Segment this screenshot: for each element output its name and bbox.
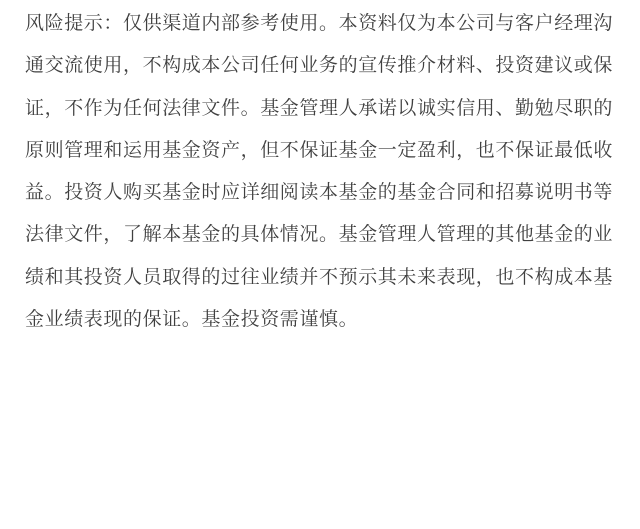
disclaimer-line-6: 法律文件，了解本基金的具体情况。基金管理人管理的其他基金的业 xyxy=(25,214,617,256)
disclaimer-line-3: 证，不作为任何法律文件。基金管理人承诺以诚实信用、勤勉尽职的 xyxy=(25,88,617,130)
disclaimer-line-5: 益。投资人购买基金时应详细阅读本基金的基金合同和招募说明书等 xyxy=(25,172,617,214)
risk-disclaimer-text-block: 风险提示：仅供渠道内部参考使用。本资料仅为本公司与客户经理沟 通交流使用，不构成… xyxy=(25,3,617,341)
disclaimer-line-2: 通交流使用，不构成本公司任何业务的宣传推介材料、投资建议或保 xyxy=(25,45,617,87)
disclaimer-line-7: 绩和其投资人员取得的过往业绩并不预示其未来表现，也不构成本基 xyxy=(25,257,617,299)
disclaimer-line-4: 原则管理和运用基金资产，但不保证基金一定盈利，也不保证最低收 xyxy=(25,130,617,172)
risk-disclaimer-page: 风险提示：仅供渠道内部参考使用。本资料仅为本公司与客户经理沟 通交流使用，不构成… xyxy=(0,0,640,529)
disclaimer-line-1: 风险提示：仅供渠道内部参考使用。本资料仅为本公司与客户经理沟 xyxy=(25,3,617,45)
disclaimer-line-8: 金业绩表现的保证。基金投资需谨慎。 xyxy=(25,299,617,341)
